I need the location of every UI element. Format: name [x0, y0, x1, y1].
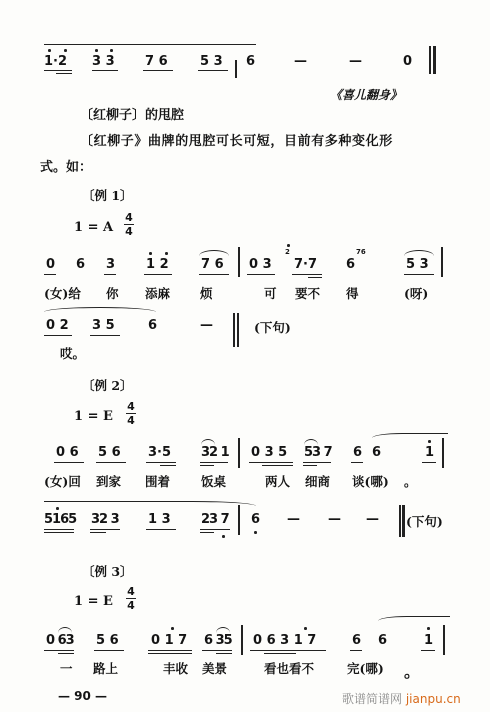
high-dot: [149, 252, 152, 255]
underline: [200, 462, 228, 463]
lyric: 。: [404, 472, 417, 490]
lyric: 一: [60, 659, 73, 677]
underline: [160, 465, 176, 466]
slur: [404, 250, 434, 256]
lyric: 。: [404, 659, 420, 682]
note: 1: [424, 634, 433, 648]
example-label: 〔例 3〕: [82, 562, 133, 580]
sustain-dash: —: [328, 512, 341, 527]
note: 6: [353, 446, 362, 460]
time-bottom: 4: [126, 415, 136, 426]
note-group: 5 3: [406, 258, 429, 272]
lyric: 丰收: [163, 659, 188, 677]
note-group: 5165: [44, 513, 76, 527]
lyric: (女)给: [44, 284, 81, 302]
note-group: 0 3 5: [251, 446, 287, 460]
underline: [44, 274, 56, 275]
underline: [404, 274, 434, 275]
double-bar: [237, 313, 239, 347]
rest: 0: [403, 55, 412, 69]
lyric: 得: [346, 284, 359, 302]
key-signature: 1 = A: [74, 220, 113, 235]
underline: [44, 335, 72, 336]
final-bar-thick: [433, 46, 436, 74]
lyric: 两人: [265, 472, 290, 490]
note-group: 1·2: [44, 55, 67, 69]
note-group: 3 3: [92, 55, 115, 69]
slur-line: [44, 44, 256, 45]
note-group: 0 1 7: [151, 634, 187, 648]
bar-line: [442, 438, 444, 468]
slur: [372, 433, 448, 438]
high-dot: [95, 49, 98, 52]
time-bottom: 4: [126, 600, 136, 611]
note: 6: [148, 319, 157, 333]
note-group: 7 6: [201, 258, 224, 272]
lyric: (女)回: [44, 472, 81, 490]
note-group: 5 6: [98, 446, 121, 460]
note-group: 0 3: [249, 258, 272, 272]
underline: [247, 274, 275, 275]
note-group: 1 2: [146, 258, 169, 272]
high-dot: [428, 440, 431, 443]
high-dot: [64, 49, 67, 52]
underline: [143, 70, 173, 71]
underline: [94, 650, 124, 651]
key-signature: 1 = E: [74, 594, 113, 609]
double-bar: [233, 313, 235, 347]
underline: [421, 650, 435, 651]
high-dot: [110, 49, 113, 52]
note-group: 23 7: [201, 513, 229, 527]
underline: [200, 532, 214, 533]
underline: [148, 650, 192, 651]
underline: [56, 73, 72, 74]
bar-line: [241, 625, 243, 655]
note: 0: [46, 258, 55, 272]
time-signature: 4 4: [124, 212, 134, 237]
underline: [44, 529, 74, 530]
underline: [422, 462, 436, 463]
phrase-marker: (下句): [406, 512, 443, 530]
lyric: 到家: [96, 472, 121, 490]
high-dot: [56, 507, 59, 510]
lyric: 饭桌: [201, 472, 226, 490]
bar-line: [238, 438, 240, 468]
slur: [199, 250, 229, 256]
underline: [198, 70, 228, 71]
underline: [350, 650, 362, 651]
underline: [249, 462, 293, 463]
note-group: 6 35: [204, 634, 232, 648]
slur: [44, 307, 156, 312]
note: 6: [346, 258, 355, 272]
lyric: 你: [106, 284, 119, 302]
note: 1: [425, 446, 434, 460]
underline: [146, 462, 176, 463]
note: 6: [251, 513, 260, 527]
bar-line: [441, 247, 443, 277]
final-bar-thin: [429, 46, 431, 74]
note: 6: [352, 634, 361, 648]
underline: [104, 274, 116, 275]
slur: [44, 501, 256, 506]
low-dot: [254, 531, 257, 534]
lyric: 美景: [202, 659, 227, 677]
underline: [146, 529, 176, 530]
note: 6: [76, 258, 85, 272]
source-title: 《喜儿翻身》: [330, 86, 402, 103]
underline: [351, 462, 363, 463]
sustain-dash: —: [366, 512, 379, 527]
high-dot: [171, 627, 174, 630]
sustain-dash: —: [294, 54, 307, 69]
lyric: 哎。: [60, 344, 85, 362]
note: 6: [246, 55, 255, 69]
lyric: (呀): [404, 284, 428, 302]
key-signature: 1 = E: [74, 409, 113, 424]
underline: [90, 532, 106, 533]
underline: [200, 529, 230, 530]
example-label: 〔例 2〕: [82, 376, 133, 394]
lyric: 细商: [305, 472, 330, 490]
underline: [264, 653, 296, 654]
underline: [292, 274, 322, 275]
note-group: 5 6: [96, 634, 119, 648]
time-signature: 4 4: [126, 401, 136, 426]
note-group: 7 6: [145, 55, 168, 69]
time-top: 4: [126, 586, 136, 597]
bar-line: [235, 60, 237, 78]
underline: [303, 462, 331, 463]
high-dot: [427, 627, 430, 630]
note: 6: [378, 634, 387, 648]
note-group: 5 3: [200, 55, 223, 69]
sustain-dash: —: [287, 512, 300, 527]
lyric: 谈(哪): [352, 472, 389, 490]
underline: [92, 70, 118, 71]
time-bottom: 4: [124, 226, 134, 237]
note-group: 3 5: [92, 319, 115, 333]
section-heading: 〔红柳子〕的甩腔: [80, 104, 184, 123]
underline: [96, 462, 126, 463]
paragraph-line: 式。如：: [40, 156, 92, 175]
page-number: — 90 —: [58, 689, 107, 703]
lyric: 烦: [200, 284, 213, 302]
underline: [44, 650, 74, 651]
slur: [378, 616, 450, 621]
time-top: 4: [124, 212, 134, 223]
sustain-dash: —: [200, 318, 213, 333]
high-dot: [165, 252, 168, 255]
time-top: 4: [126, 401, 136, 412]
note-group: 0 6: [56, 446, 79, 460]
lyric: 要不: [295, 284, 320, 302]
underline: [303, 465, 317, 466]
underline: [54, 462, 84, 463]
underline: [44, 532, 74, 533]
high-dot: [304, 627, 307, 630]
underline: [90, 335, 120, 336]
high-dot: [287, 244, 290, 247]
note-group: 1 3: [148, 513, 171, 527]
double-bar-thick: [402, 505, 405, 537]
lyric: 完(哪): [347, 659, 384, 677]
lyric: 看也看不: [264, 659, 314, 677]
note-group: 0 6 3 1 7: [253, 634, 316, 648]
phrase-marker: (下句): [254, 318, 291, 336]
note-group: 53 7: [304, 446, 332, 460]
note-group: 0 2: [46, 319, 69, 333]
sustain-dash: —: [349, 54, 362, 69]
underline: [202, 650, 232, 651]
note-group: 32 1: [201, 446, 229, 460]
bar-line: [443, 625, 445, 655]
note: 6: [372, 446, 381, 460]
watermark-site: jianpu.cn: [406, 692, 461, 706]
underline: [216, 653, 232, 654]
watermark: 歌谱简谱网 jianpu.cn: [342, 690, 461, 707]
example-label: 〔例 1〕: [82, 186, 133, 204]
note-group: 0 63: [46, 634, 74, 648]
paragraph-line: 〔红柳子》曲牌的甩腔可长可短，目前有多种变化形: [80, 130, 393, 149]
underline: [90, 529, 120, 530]
underline: [58, 653, 74, 654]
underline: [148, 653, 192, 654]
underline: [144, 274, 172, 275]
bar-line: [238, 505, 240, 535]
note-group: 3·5: [148, 446, 171, 460]
underline: [262, 465, 293, 466]
underline: [199, 274, 229, 275]
lyric: 路上: [93, 659, 118, 677]
grace-note: 76: [356, 249, 366, 256]
underline: [308, 277, 322, 278]
lyric: 添麻: [145, 284, 170, 302]
low-dot: [222, 535, 225, 538]
watermark-text: 歌谱简谱网: [342, 692, 402, 706]
lyric: 可: [264, 284, 277, 302]
lyric: 围着: [145, 472, 170, 490]
high-dot: [48, 49, 51, 52]
underline: [44, 70, 72, 71]
note-group: 7·7: [294, 258, 317, 272]
time-signature: 4 4: [126, 586, 136, 611]
note: 3: [106, 258, 115, 272]
double-bar: [399, 505, 401, 537]
underline: [250, 650, 326, 651]
grace-note: 2: [285, 249, 290, 256]
underline: [200, 465, 214, 466]
note-group: 32 3: [91, 513, 119, 527]
bar-line: [238, 247, 240, 277]
